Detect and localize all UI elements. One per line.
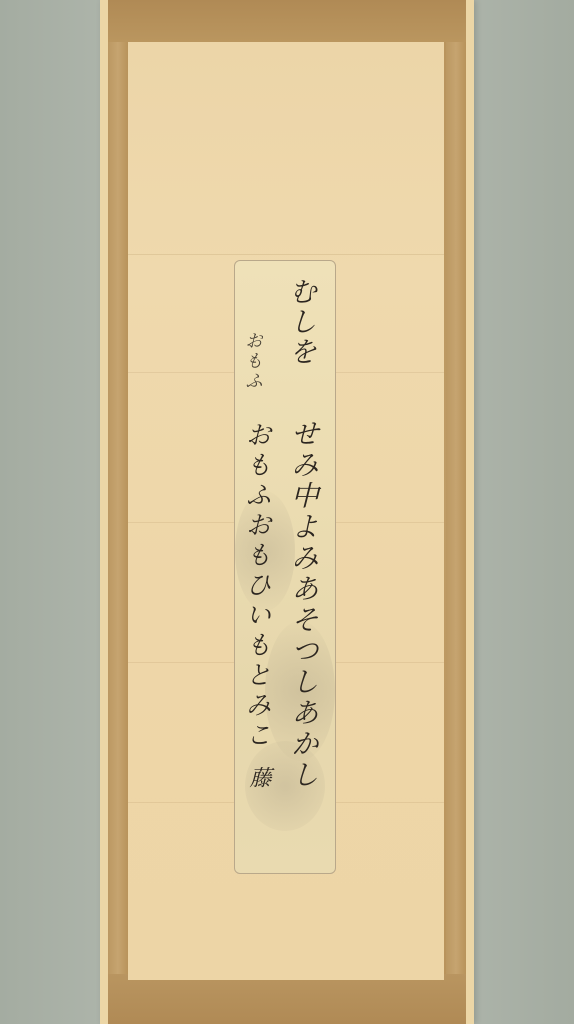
top-panel-ten bbox=[108, 0, 466, 42]
calligraphy-column-1: むしを bbox=[287, 277, 315, 367]
scroll-edge-right bbox=[466, 0, 474, 1024]
scroll-edge-left bbox=[100, 0, 108, 1024]
calligraphy-column-3: おもふ bbox=[243, 331, 261, 391]
side-border-right bbox=[446, 42, 466, 974]
calligraphy-column-4: おもふおもひいもとみこ bbox=[243, 421, 269, 751]
bottom-panel-chi bbox=[108, 974, 466, 1024]
paper-seam bbox=[128, 254, 444, 255]
signature: 藤 bbox=[247, 766, 269, 790]
side-border-left bbox=[108, 42, 128, 974]
calligraphy-column-2: せみ中よみあそつしあかし bbox=[289, 419, 317, 791]
calligraphy-strip: むしを せみ中よみあそつしあかし おもふ おもふおもひいもとみこ 藤 bbox=[234, 260, 336, 874]
